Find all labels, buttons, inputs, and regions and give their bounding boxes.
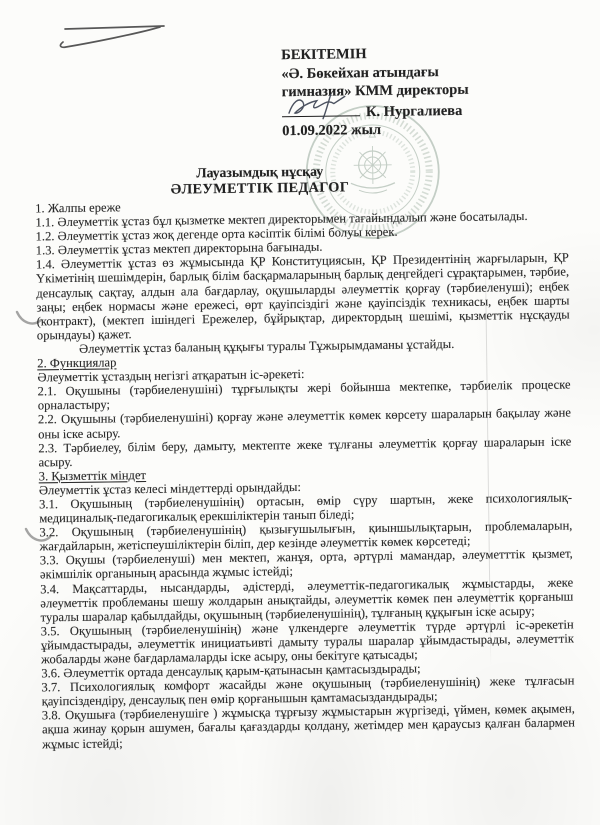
paragraph: 3.8. Оқушыға (тәрбиеленушіге ) жұмысқа т…: [42, 702, 576, 751]
paragraph: 3.5. Оқушының (тәрбиеленушінің) және үлк…: [41, 617, 575, 666]
scanned-document-page: БЕКІТЕМІН «Ә. Бөкейхан атындағы гимназия…: [0, 0, 600, 825]
official-stamp-icon: [299, 98, 447, 246]
paragraph: 3.4. Мақсаттарды, нысандарды, әдістерді,…: [40, 575, 574, 624]
paragraph: 1.4. Әлеуметтік ұстаз өз жұмысында ҚР Ко…: [36, 251, 570, 343]
document-body: 1. Жалпы ереже 1.1. Әлеуметтік ұстаз бұл…: [35, 194, 575, 751]
